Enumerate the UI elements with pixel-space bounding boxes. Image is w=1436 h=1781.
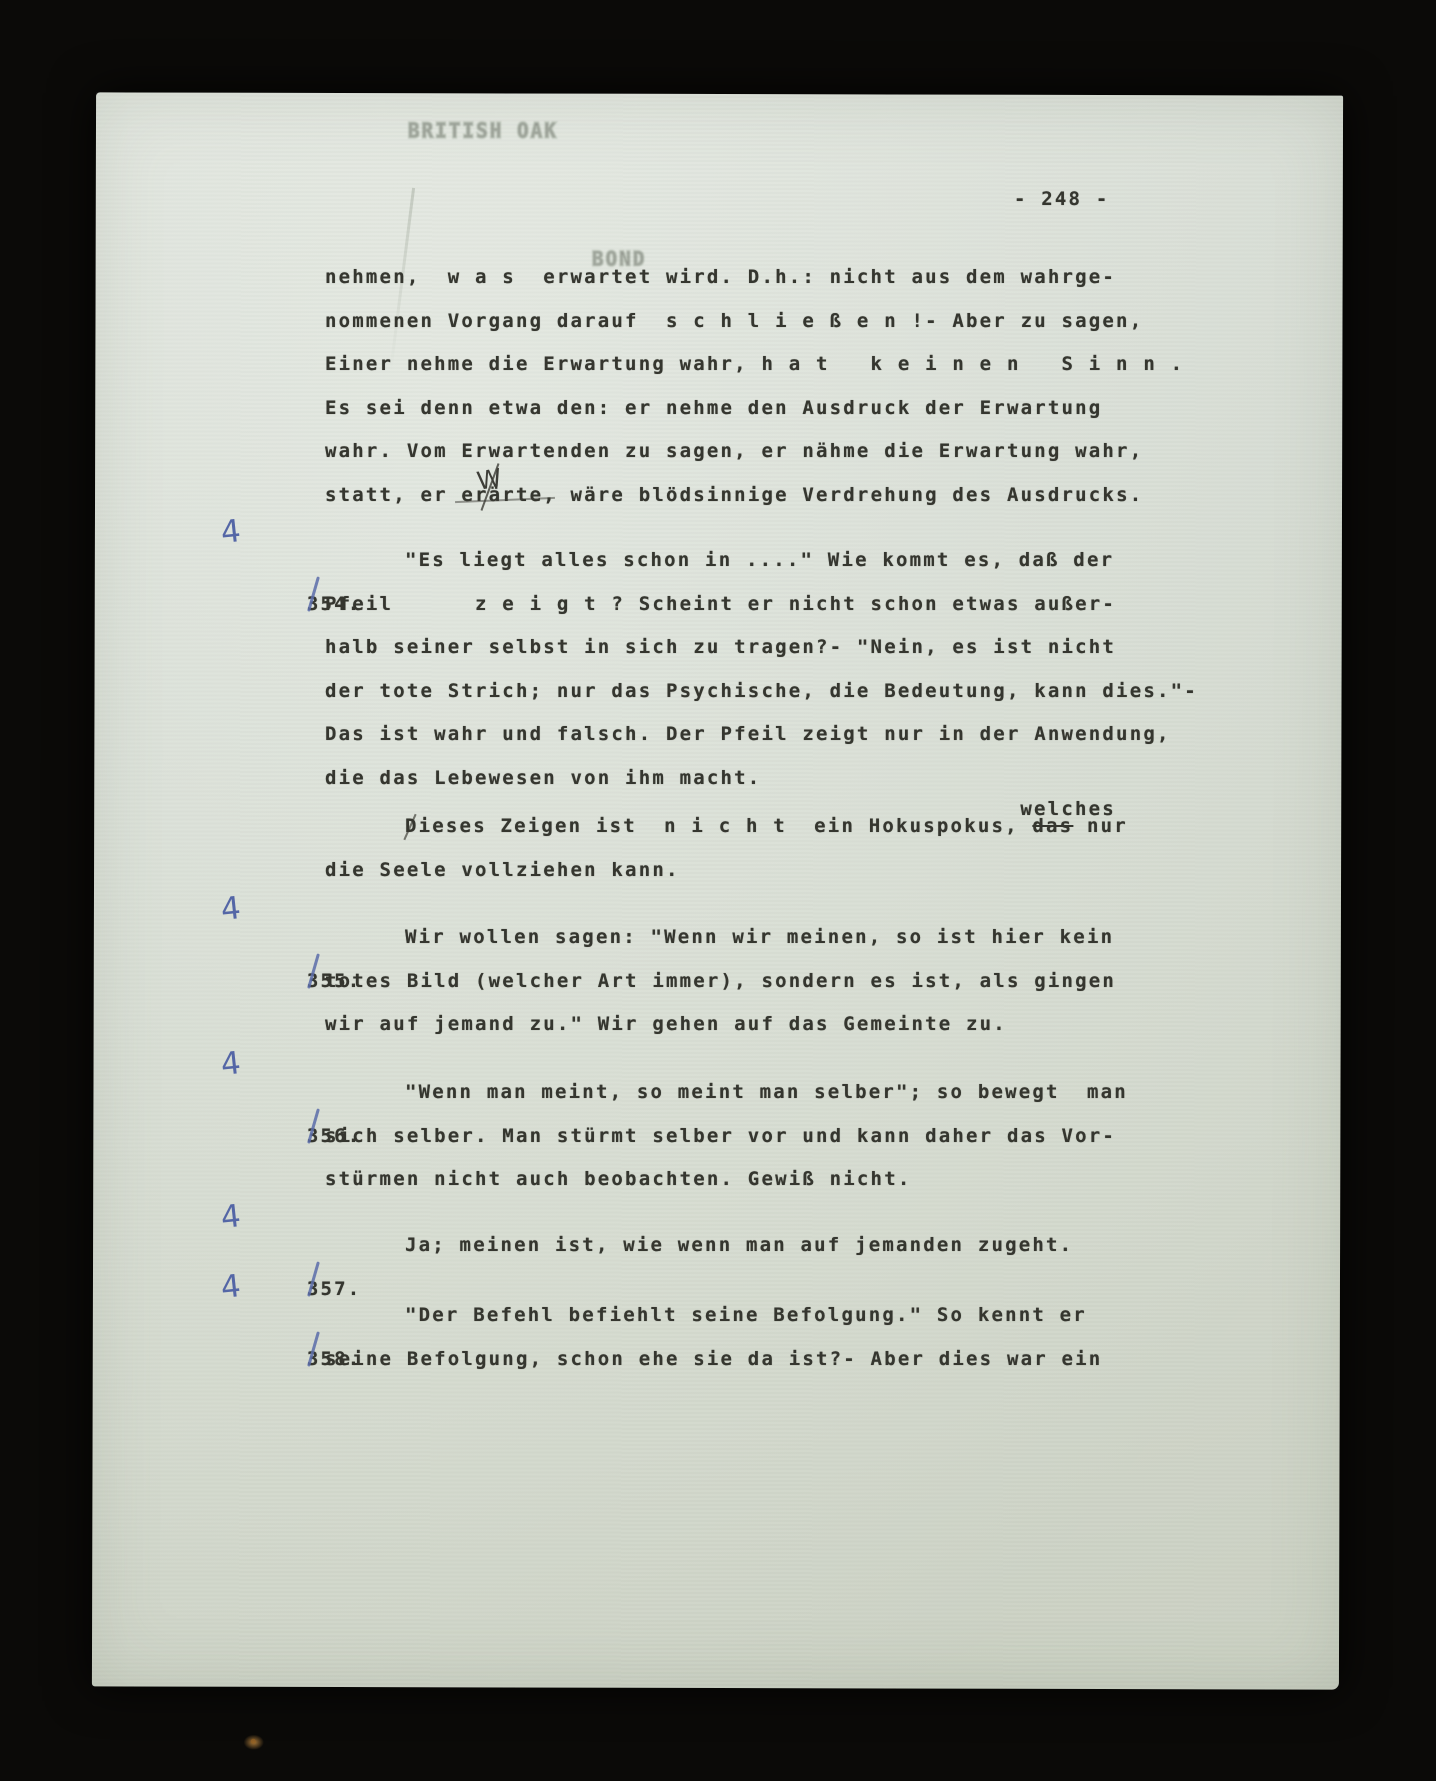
- text-line: totes Bild (welcher Art immer), sondern …: [325, 960, 1116, 1004]
- section-number: 4355.: [225, 916, 361, 1047]
- text-line: "Wenn man meint, so meint man selber"; s…: [325, 1071, 1128, 1115]
- text-line: Einer nehme die Erwartung wahr, h a t k …: [325, 343, 1184, 387]
- text-line: Das ist wahr und falsch. Der Pfeil zeigt…: [325, 713, 1198, 757]
- struck-digit-3: 3: [307, 583, 321, 627]
- struck-word-wrap: welchesdas: [1032, 815, 1073, 837]
- section-number: 4356.: [225, 1071, 361, 1202]
- text-line: wahr. Vom Erwartenden zu sagen, er nähme…: [325, 430, 1184, 474]
- intro-paragraph: nehmen, w a s erwartet wird. D.h.: nicht…: [325, 256, 1184, 517]
- typed-insertion-above: welches: [1020, 788, 1115, 832]
- text-line: nehmen, w a s erwartet wird. D.h.: nicht…: [325, 256, 1184, 300]
- text-line: seine Befolgung, schon ehe sie da ist?- …: [325, 1338, 1102, 1382]
- section-356: 4356. "Wenn man meint, so meint man selb…: [225, 1071, 1128, 1202]
- typescript-layer: - 248 - nehmen, w a s erwartet wird. D.h…: [0, 0, 1436, 1781]
- text-segment: , wäre blödsinnige Verdrehung des Ausdru…: [543, 484, 1143, 506]
- corrected-word: Werärte: [461, 484, 543, 506]
- struck-digit-3: 3: [307, 1115, 321, 1159]
- handwritten-digit-4: 4: [219, 510, 243, 555]
- text-line-with-insertion: Dieses Zeigen ist n i c h t ein Hokuspok…: [325, 805, 1198, 849]
- text-line: die Seele vollziehen kann.: [325, 849, 1198, 893]
- text-line: halb seiner selbst in sich zu tragen?- "…: [325, 626, 1198, 670]
- text-line: Pfeil z e i g t ? Scheint er nicht schon…: [325, 583, 1198, 627]
- text-line: Wir wollen sagen: "Wenn wir meinen, so i…: [325, 916, 1116, 960]
- handwritten-digit-4: 4: [219, 1042, 243, 1087]
- section-358: 4358. "Der Befehl befiehlt seine Befolgu…: [225, 1294, 1102, 1381]
- text-line: "Es liegt alles schon in ...." Wie kommt…: [325, 539, 1198, 583]
- text-segment: Dieses Zeigen ist n i c h t ein Hokuspok…: [405, 815, 1032, 837]
- section-text: "Wenn man meint, so meint man selber"; s…: [325, 1071, 1128, 1202]
- page-number: - 248 -: [1014, 178, 1109, 222]
- text-line: stürmen nicht auch beobachten. Gewiß nic…: [325, 1158, 1128, 1202]
- struck-digit-3: 3: [307, 1338, 321, 1382]
- section-354: 4354. "Es liegt alles schon in ...." Wie…: [225, 539, 1198, 892]
- struck-digit-3: 3: [307, 960, 321, 1004]
- section-text: Wir wollen sagen: "Wenn wir meinen, so i…: [325, 916, 1116, 1047]
- text-line: Ja; meinen ist, wie wenn man auf jemande…: [325, 1224, 1073, 1268]
- section-number: 4354.: [225, 539, 361, 670]
- text-line: nommenen Vorgang darauf s c h l i e ß e …: [325, 300, 1184, 344]
- text-line: wir auf jemand zu." Wir gehen auf das Ge…: [325, 1003, 1116, 1047]
- text-line: der tote Strich; nur das Psychische, die…: [325, 670, 1198, 714]
- section-text: Ja; meinen ist, wie wenn man auf jemande…: [325, 1224, 1073, 1268]
- section-text: "Der Befehl befiehlt seine Befolgung." S…: [325, 1294, 1102, 1381]
- text-segment: statt, er: [325, 484, 461, 506]
- handwritten-digit-4: 4: [219, 1195, 243, 1240]
- section-357: 4357. Ja; meinen ist, wie wenn man auf j…: [225, 1224, 1073, 1268]
- section-355: 4355. Wir wollen sagen: "Wenn wir meinen…: [225, 916, 1116, 1047]
- text-segment: 55.: [320, 970, 361, 992]
- text-segment: 56.: [320, 1125, 361, 1147]
- text-line: sich selber. Man stürmt selber vor und k…: [325, 1115, 1128, 1159]
- text-segment: 54.: [320, 593, 361, 615]
- text-line: "Der Befehl befiehlt seine Befolgung." S…: [325, 1294, 1102, 1338]
- text-line-with-correction: statt, er Werärte, wäre blödsinnige Verd…: [325, 474, 1184, 518]
- text-line: Es sei denn etwa den: er nehme den Ausdr…: [325, 387, 1184, 431]
- text-segment: 58.: [320, 1348, 361, 1370]
- section-text: "Es liegt alles schon in ...." Wie kommt…: [325, 539, 1198, 892]
- section-number: 4358.: [225, 1294, 361, 1425]
- handwritten-digit-4: 4: [219, 887, 243, 932]
